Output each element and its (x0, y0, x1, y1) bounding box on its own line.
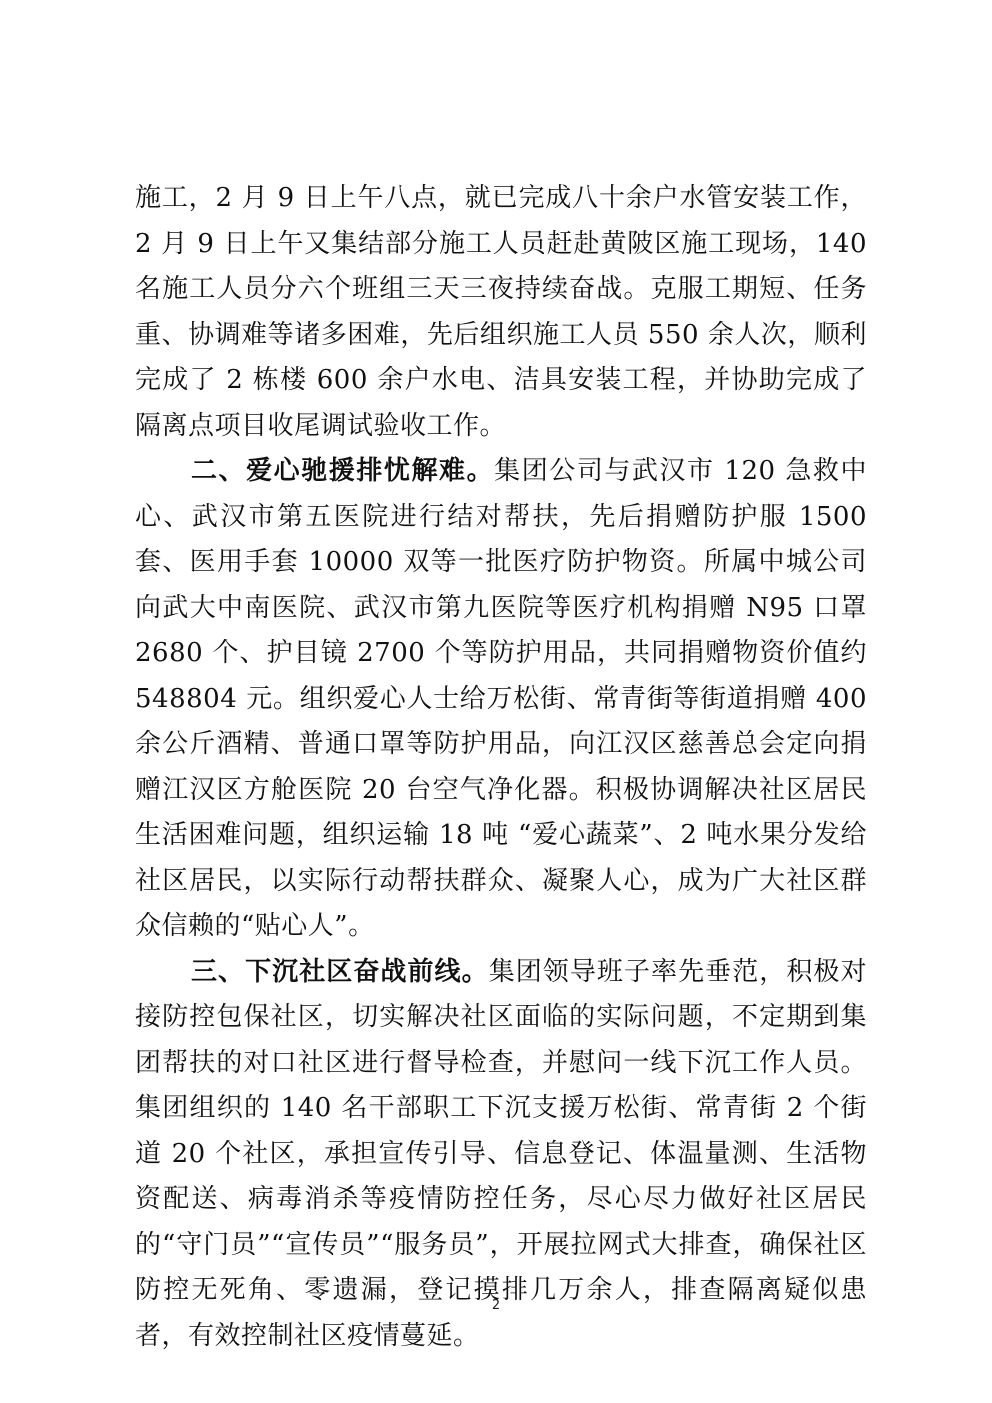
paragraph-text: 施工，2 月 9 日上午八点，就已完成八十余户水管安装工作，2 月 9 日上午又… (135, 183, 867, 441)
document-body: 施工，2 月 9 日上午八点，就已完成八十余户水管安装工作，2 月 9 日上午又… (135, 176, 867, 1359)
section-heading-two: 二、爱心驰援排忧解难。 (191, 456, 494, 486)
paragraph-text: 集团领导班子率先垂范，积极对接防控包保社区，切实解决社区面临的实际问题，不定期到… (135, 957, 867, 1351)
paragraph-text: 集团公司与武汉市 120 急救中心、武汉市第五医院进行结对帮扶，先后捐赠防护服 … (135, 456, 867, 941)
document-page: 施工，2 月 9 日上午八点，就已完成八十余户水管安装工作，2 月 9 日上午又… (0, 0, 992, 1403)
page-number: 2 (0, 1298, 992, 1313)
section-heading-three: 三、下沉社区奋战前线。 (191, 957, 489, 987)
paragraph-continuation: 施工，2 月 9 日上午八点，就已完成八十余户水管安装工作，2 月 9 日上午又… (135, 176, 867, 449)
paragraph-section-two: 二、爱心驰援排忧解难。集团公司与武汉市 120 急救中心、武汉市第五医院进行结对… (135, 449, 867, 950)
